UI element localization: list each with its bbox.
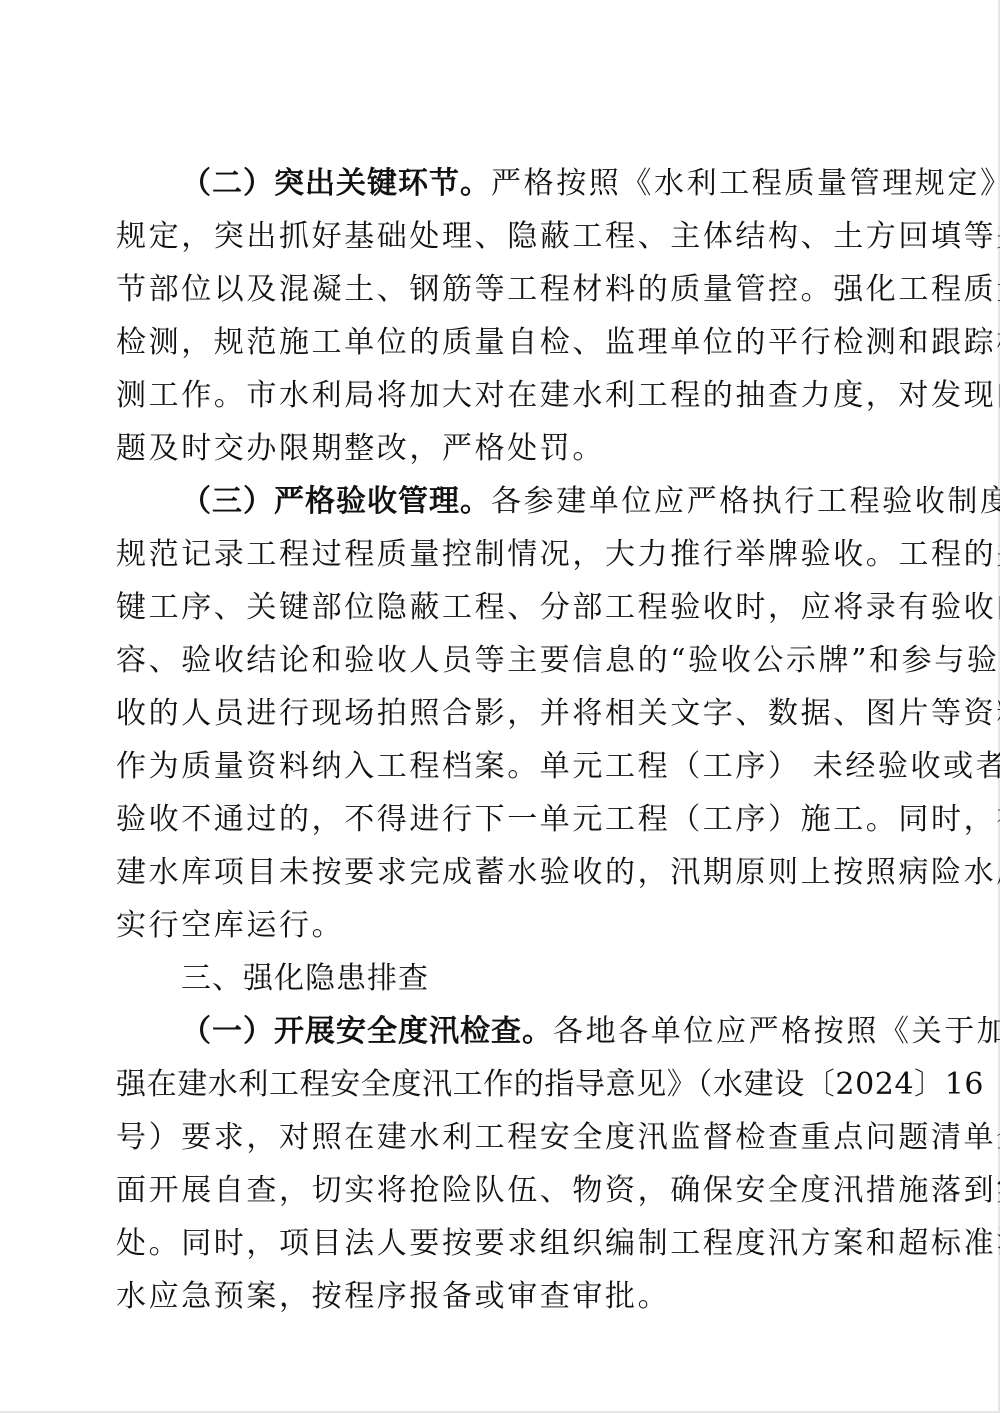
- paragraph-line: （二）突出关键环节。严格按照《水利工程质量管理规定》: [181, 164, 906, 204]
- section-lead-key-links: （二）突出关键环节。: [181, 166, 491, 201]
- paragraph-line: 号）要求，对照在建水利工程安全度汛监督检查重点问题清单全: [116, 1118, 906, 1158]
- paragraph-line: 题及时交办限期整改，严格处罚。: [116, 429, 906, 469]
- paragraph-line: 收的人员进行现场拍照合影，并将相关文字、数据、图片等资料: [116, 694, 906, 734]
- paragraph-line: 面开展自查，切实将抢险队伍、物资，确保安全度汛措施落到实: [116, 1171, 906, 1211]
- paragraph-line: （一）开展安全度汛检查。各地各单位应严格按照《关于加: [181, 1012, 906, 1052]
- paragraph-line: 建水库项目未按要求完成蓄水验收的，汛期原则上按照病险水库: [116, 853, 906, 893]
- section-lead-acceptance: （三）严格验收管理。: [181, 484, 491, 519]
- paragraph-line: 键工序、关键部位隐蔽工程、分部工程验收时，应将录有验收内: [116, 588, 906, 628]
- paragraph-line: 测工作。市水利局将加大对在建水利工程的抽查力度，对发现问: [116, 376, 906, 416]
- text-run: 各地各单位应严格按照《关于加: [553, 1014, 1000, 1049]
- paragraph-line: 处。同时，项目法人要按要求组织编制工程度汛方案和超标准洪: [116, 1224, 906, 1264]
- section-lead-flood-check: （一）开展安全度汛检查。: [181, 1014, 553, 1049]
- paragraph-line: （三）严格验收管理。各参建单位应严格执行工程验收制度，: [181, 482, 906, 522]
- document-page: （二）突出关键环节。严格按照《水利工程质量管理规定》 规定，突出抓好基础处理、隐…: [0, 0, 1000, 1413]
- paragraph-line: 规范记录工程过程质量控制情况，大力推行举牌验收。工程的关: [116, 535, 906, 575]
- paragraph-line: 节部位以及混凝土、钢筋等工程材料的质量管控。强化工程质量: [116, 270, 906, 310]
- paragraph-line: 作为质量资料纳入工程档案。单元工程（工序） 未经验收或者: [116, 747, 906, 787]
- paragraph-line: 容、验收结论和验收人员等主要信息的“验收公示牌”和参与验: [116, 641, 906, 681]
- text-run: 各参建单位应严格执行工程验收制度，: [491, 484, 1000, 519]
- paragraph-line: 规定，突出抓好基础处理、隐蔽工程、主体结构、土方回填等关: [116, 217, 906, 257]
- paragraph-line: 检测，规范施工单位的质量自检、监理单位的平行检测和跟踪检: [116, 323, 906, 363]
- section-heading: 三、强化隐患排查: [181, 959, 906, 999]
- paragraph-line: 实行空库运行。: [116, 906, 906, 946]
- paragraph-line: 验收不通过的，不得进行下一单元工程（工序）施工。同时，在: [116, 800, 906, 840]
- paragraph-line: 强在建水利工程安全度汛工作的指导意见》（水建设〔2024〕16: [116, 1065, 906, 1105]
- paragraph-line: 水应急预案，按程序报备或审查审批。: [116, 1277, 906, 1317]
- text-run: 严格按照《水利工程质量管理规定》: [491, 166, 1000, 201]
